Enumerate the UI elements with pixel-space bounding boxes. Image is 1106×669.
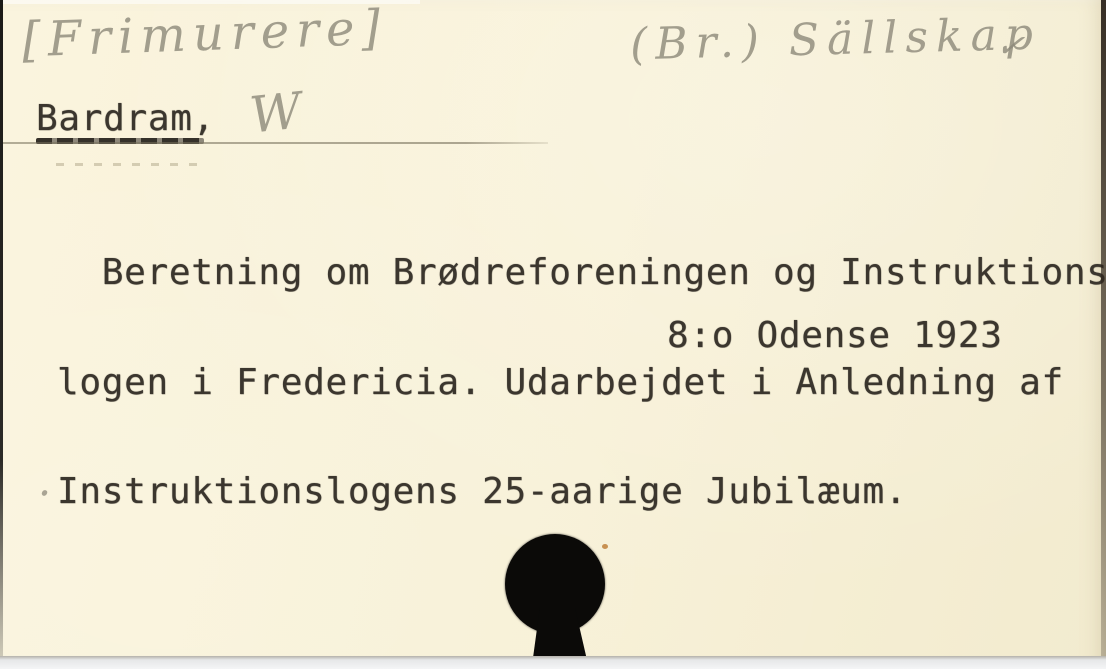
handwritten-author-initial: W — [247, 81, 304, 144]
title-line-2: logen i Fredericia. Udarbejdet i Anledni… — [57, 365, 1106, 402]
scanned-catalog-card: [Frimurere] (Br.) Sällskap ✓ Bardram, W … — [0, 0, 1106, 669]
ruled-guide-line — [0, 142, 548, 144]
handwritten-subject-annotation: [Frimurere] — [21, 0, 388, 68]
scan-edge-right — [1101, 0, 1106, 658]
paper-speck — [41, 489, 48, 497]
author-heading: Bardram, — [36, 98, 215, 139]
paper-speck — [602, 544, 608, 549]
index-card: [Frimurere] (Br.) Sällskap ✓ Bardram, W … — [0, 0, 1106, 669]
pencil-checkmark-icon: ✓ — [994, 25, 1027, 68]
card-bottom-edge — [0, 656, 1106, 669]
imprint-format-place-year: 8:o Odense 1923 — [667, 315, 1003, 356]
handwritten-classification-annotation: (Br.) Sällskap — [629, 9, 1041, 71]
faint-dashed-marks — [56, 163, 208, 166]
title-line-1: Beretning om Brødreforeningen og Instruk… — [57, 255, 1106, 292]
title-paragraph: Beretning om Brødreforeningen og Instruk… — [57, 182, 1106, 584]
title-line-3: Instruktionslogens 25-aarige Jubilæum. — [57, 474, 1106, 511]
scan-edge-left — [0, 0, 3, 658]
scan-edge-top — [0, 0, 420, 4]
